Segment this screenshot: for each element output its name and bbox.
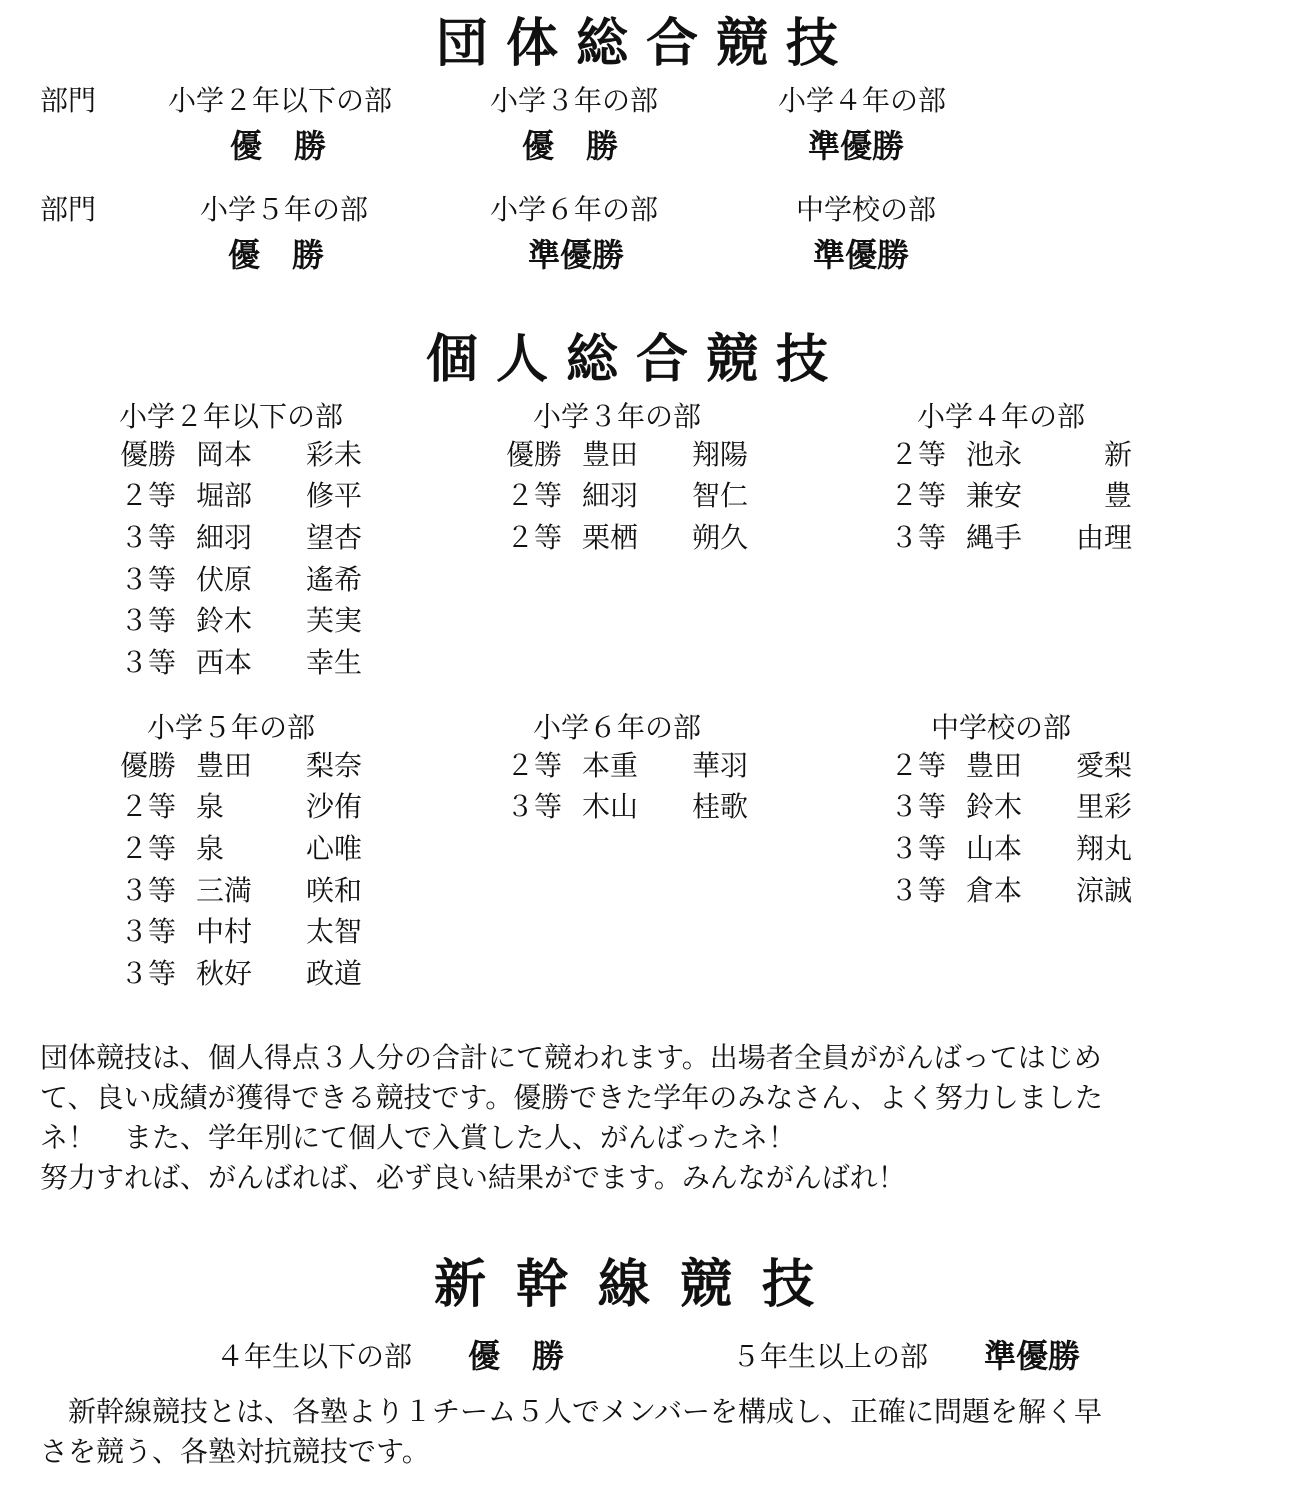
list-item: ２等栗栖朔久 <box>486 517 748 559</box>
given-name: 修平 <box>292 479 362 513</box>
paragraph-line: 団体競技は、個人得点３人分の合計にて競われます。出場者全員ががんばってはじめ <box>40 1038 1280 1078</box>
rank: ３等 <box>100 521 196 555</box>
list-item: ３等鈴木芙実 <box>100 600 362 642</box>
list-item: ３等秋好政道 <box>100 953 362 995</box>
list-item: ２等豊田愛梨 <box>870 745 1132 787</box>
list-item: ２等泉心唯 <box>100 828 362 870</box>
given-name: 心唯 <box>292 832 362 866</box>
individual-group: 中学校の部 ２等豊田愛梨 ３等鈴木里彩 ３等山本翔丸 ３等倉本涼誠 <box>870 711 1132 911</box>
individual-section-title: 個人総合競技 <box>426 330 846 390</box>
rank: ３等 <box>486 790 582 824</box>
group-title: 小学４年の部 <box>870 400 1132 434</box>
surname: 堀部 <box>196 479 292 513</box>
surname: 岡本 <box>196 438 292 472</box>
individual-group: 小学５年の部 優勝豊田梨奈 ２等泉沙侑 ２等泉心唯 ３等三満咲和 ３等中村太智 … <box>100 711 362 995</box>
surname: 縄手 <box>966 521 1062 555</box>
team-result: 優 勝 <box>230 127 326 165</box>
surname: 栗栖 <box>582 521 678 555</box>
individual-group: 小学２年以下の部 優勝岡本彩未 ２等堀部修平 ３等細羽望杏 ３等伏原遙希 ３等鈴… <box>100 400 362 684</box>
surname: 細羽 <box>582 479 678 513</box>
surname: 豊田 <box>582 438 678 472</box>
given-name: 智仁 <box>678 479 748 513</box>
given-name: 華羽 <box>678 749 748 783</box>
surname: 泉 <box>196 832 292 866</box>
team-result: 準優勝 <box>813 236 909 274</box>
individual-group: 小学６年の部 ２等本重華羽 ３等木山桂歌 <box>486 711 748 828</box>
given-name: 彩未 <box>292 438 362 472</box>
given-name: 政道 <box>292 957 362 991</box>
surname: 秋好 <box>196 957 292 991</box>
surname: 伏原 <box>196 563 292 597</box>
list-item: ３等細羽望杏 <box>100 517 362 559</box>
surname: 西本 <box>196 646 292 680</box>
commentary-paragraph: 団体競技は、個人得点３人分の合計にて競われます。出場者全員ががんばってはじめ て… <box>40 1038 1280 1198</box>
given-name: 豊 <box>1062 479 1132 513</box>
team-result: 優 勝 <box>228 236 324 274</box>
surname: 豊田 <box>966 749 1062 783</box>
surname: 豊田 <box>196 749 292 783</box>
surname: 倉本 <box>966 874 1062 908</box>
list-item: ３等山本翔丸 <box>870 828 1132 870</box>
given-name: 望杏 <box>292 521 362 555</box>
given-name: 里彩 <box>1062 790 1132 824</box>
list-item: ３等倉本涼誠 <box>870 870 1132 912</box>
given-name: 沙侑 <box>292 790 362 824</box>
group-title: 中学校の部 <box>870 711 1132 745</box>
given-name: 芙実 <box>292 604 362 638</box>
rank: ２等 <box>100 832 196 866</box>
paragraph-line: 努力すれば、がんばれば、必ず良い結果がでます。みんながんばれ！ <box>40 1158 1280 1198</box>
team-result: 準優勝 <box>808 127 904 165</box>
list-item: ３等西本幸生 <box>100 642 362 684</box>
team-division-name: 小学６年の部 <box>490 193 658 227</box>
given-name: 梨奈 <box>292 749 362 783</box>
given-name: 新 <box>1062 438 1132 472</box>
rank: ２等 <box>870 749 966 783</box>
rank: ３等 <box>870 832 966 866</box>
list-item: ３等鈴木里彩 <box>870 787 1132 829</box>
individual-group: 小学４年の部 ２等池永新 ２等兼安豊 ３等縄手由理 <box>870 400 1132 559</box>
rank: ３等 <box>100 874 196 908</box>
rank: ３等 <box>100 915 196 949</box>
list-item: ２等本重華羽 <box>486 745 748 787</box>
rank: ３等 <box>870 874 966 908</box>
team-result: 準優勝 <box>528 236 624 274</box>
surname: 山本 <box>966 832 1062 866</box>
list-item: ３等縄手由理 <box>870 517 1132 559</box>
group-title: 小学５年の部 <box>100 711 362 745</box>
surname: 三満 <box>196 874 292 908</box>
group-title: 小学３年の部 <box>486 400 748 434</box>
rank: ２等 <box>870 438 966 472</box>
surname: 鈴木 <box>196 604 292 638</box>
rank: ２等 <box>486 479 582 513</box>
surname: 中村 <box>196 915 292 949</box>
surname: 木山 <box>582 790 678 824</box>
list-item: ２等堀部修平 <box>100 476 362 518</box>
shinkansen-result: 優 勝 <box>468 1337 564 1375</box>
shinkansen-section-title: 新幹線競技 <box>434 1255 844 1315</box>
list-item: ３等木山桂歌 <box>486 787 748 829</box>
given-name: 咲和 <box>292 874 362 908</box>
rank: 優勝 <box>100 749 196 783</box>
rank: ３等 <box>100 563 196 597</box>
surname: 池永 <box>966 438 1062 472</box>
given-name: 桂歌 <box>678 790 748 824</box>
paragraph-line: さを競う、各塾対抗競技です。 <box>40 1432 1280 1472</box>
rank: ３等 <box>870 521 966 555</box>
given-name: 朔久 <box>678 521 748 555</box>
rank: ３等 <box>100 604 196 638</box>
given-name: 愛梨 <box>1062 749 1132 783</box>
rank: ２等 <box>486 749 582 783</box>
given-name: 由理 <box>1062 521 1132 555</box>
division-label: 部門 <box>40 84 96 118</box>
rank: 優勝 <box>486 438 582 472</box>
list-item: ３等三満咲和 <box>100 870 362 912</box>
list-item: ２等細羽智仁 <box>486 476 748 518</box>
given-name: 幸生 <box>292 646 362 680</box>
rank: 優勝 <box>100 438 196 472</box>
list-item: ２等兼安豊 <box>870 476 1132 518</box>
surname: 兼安 <box>966 479 1062 513</box>
paragraph-line: 新幹線競技とは、各塾より１チーム５人でメンバーを構成し、正確に問題を解く早 <box>40 1392 1280 1432</box>
surname: 細羽 <box>196 521 292 555</box>
given-name: 涼誠 <box>1062 874 1132 908</box>
given-name: 翔丸 <box>1062 832 1132 866</box>
division-label: 部門 <box>40 193 96 227</box>
surname: 泉 <box>196 790 292 824</box>
group-title: 小学２年以下の部 <box>100 400 362 434</box>
rank: ２等 <box>870 479 966 513</box>
team-division-name: 中学校の部 <box>796 193 936 227</box>
shinkansen-result: 準優勝 <box>984 1337 1080 1375</box>
shinkansen-description: 新幹線競技とは、各塾より１チーム５人でメンバーを構成し、正確に問題を解く早 さを… <box>40 1392 1280 1472</box>
team-section-title: 団体総合競技 <box>436 14 856 74</box>
list-item: ３等伏原遙希 <box>100 559 362 601</box>
list-item: ３等中村太智 <box>100 911 362 953</box>
list-item: ２等泉沙侑 <box>100 787 362 829</box>
rank: ２等 <box>100 790 196 824</box>
paragraph-line: て、良い成績が獲得できる競技です。優勝できた学年のみなさん、よく努力しました <box>40 1078 1280 1118</box>
paragraph-line: ネ！ また、学年別にて個人で入賞した人、がんばったネ！ <box>40 1118 1280 1158</box>
given-name: 太智 <box>292 915 362 949</box>
rank: ３等 <box>870 790 966 824</box>
rank: ２等 <box>486 521 582 555</box>
surname: 本重 <box>582 749 678 783</box>
team-division-name: 小学５年の部 <box>200 193 368 227</box>
given-name: 翔陽 <box>678 438 748 472</box>
team-result: 優 勝 <box>522 127 618 165</box>
team-division-name: 小学３年の部 <box>490 84 658 118</box>
team-division-name: 小学２年以下の部 <box>168 84 392 118</box>
list-item: 優勝岡本彩未 <box>100 434 362 476</box>
team-division-name: 小学４年の部 <box>778 84 946 118</box>
list-item: ２等池永新 <box>870 434 1132 476</box>
rank: ２等 <box>100 479 196 513</box>
list-item: 優勝豊田梨奈 <box>100 745 362 787</box>
list-item: 優勝豊田翔陽 <box>486 434 748 476</box>
surname: 鈴木 <box>966 790 1062 824</box>
shinkansen-division-name: ４年生以下の部 <box>216 1340 412 1374</box>
rank: ３等 <box>100 957 196 991</box>
given-name: 遙希 <box>292 563 362 597</box>
shinkansen-division-name: ５年生以上の部 <box>732 1340 928 1374</box>
individual-group: 小学３年の部 優勝豊田翔陽 ２等細羽智仁 ２等栗栖朔久 <box>486 400 748 559</box>
rank: ３等 <box>100 646 196 680</box>
group-title: 小学６年の部 <box>486 711 748 745</box>
